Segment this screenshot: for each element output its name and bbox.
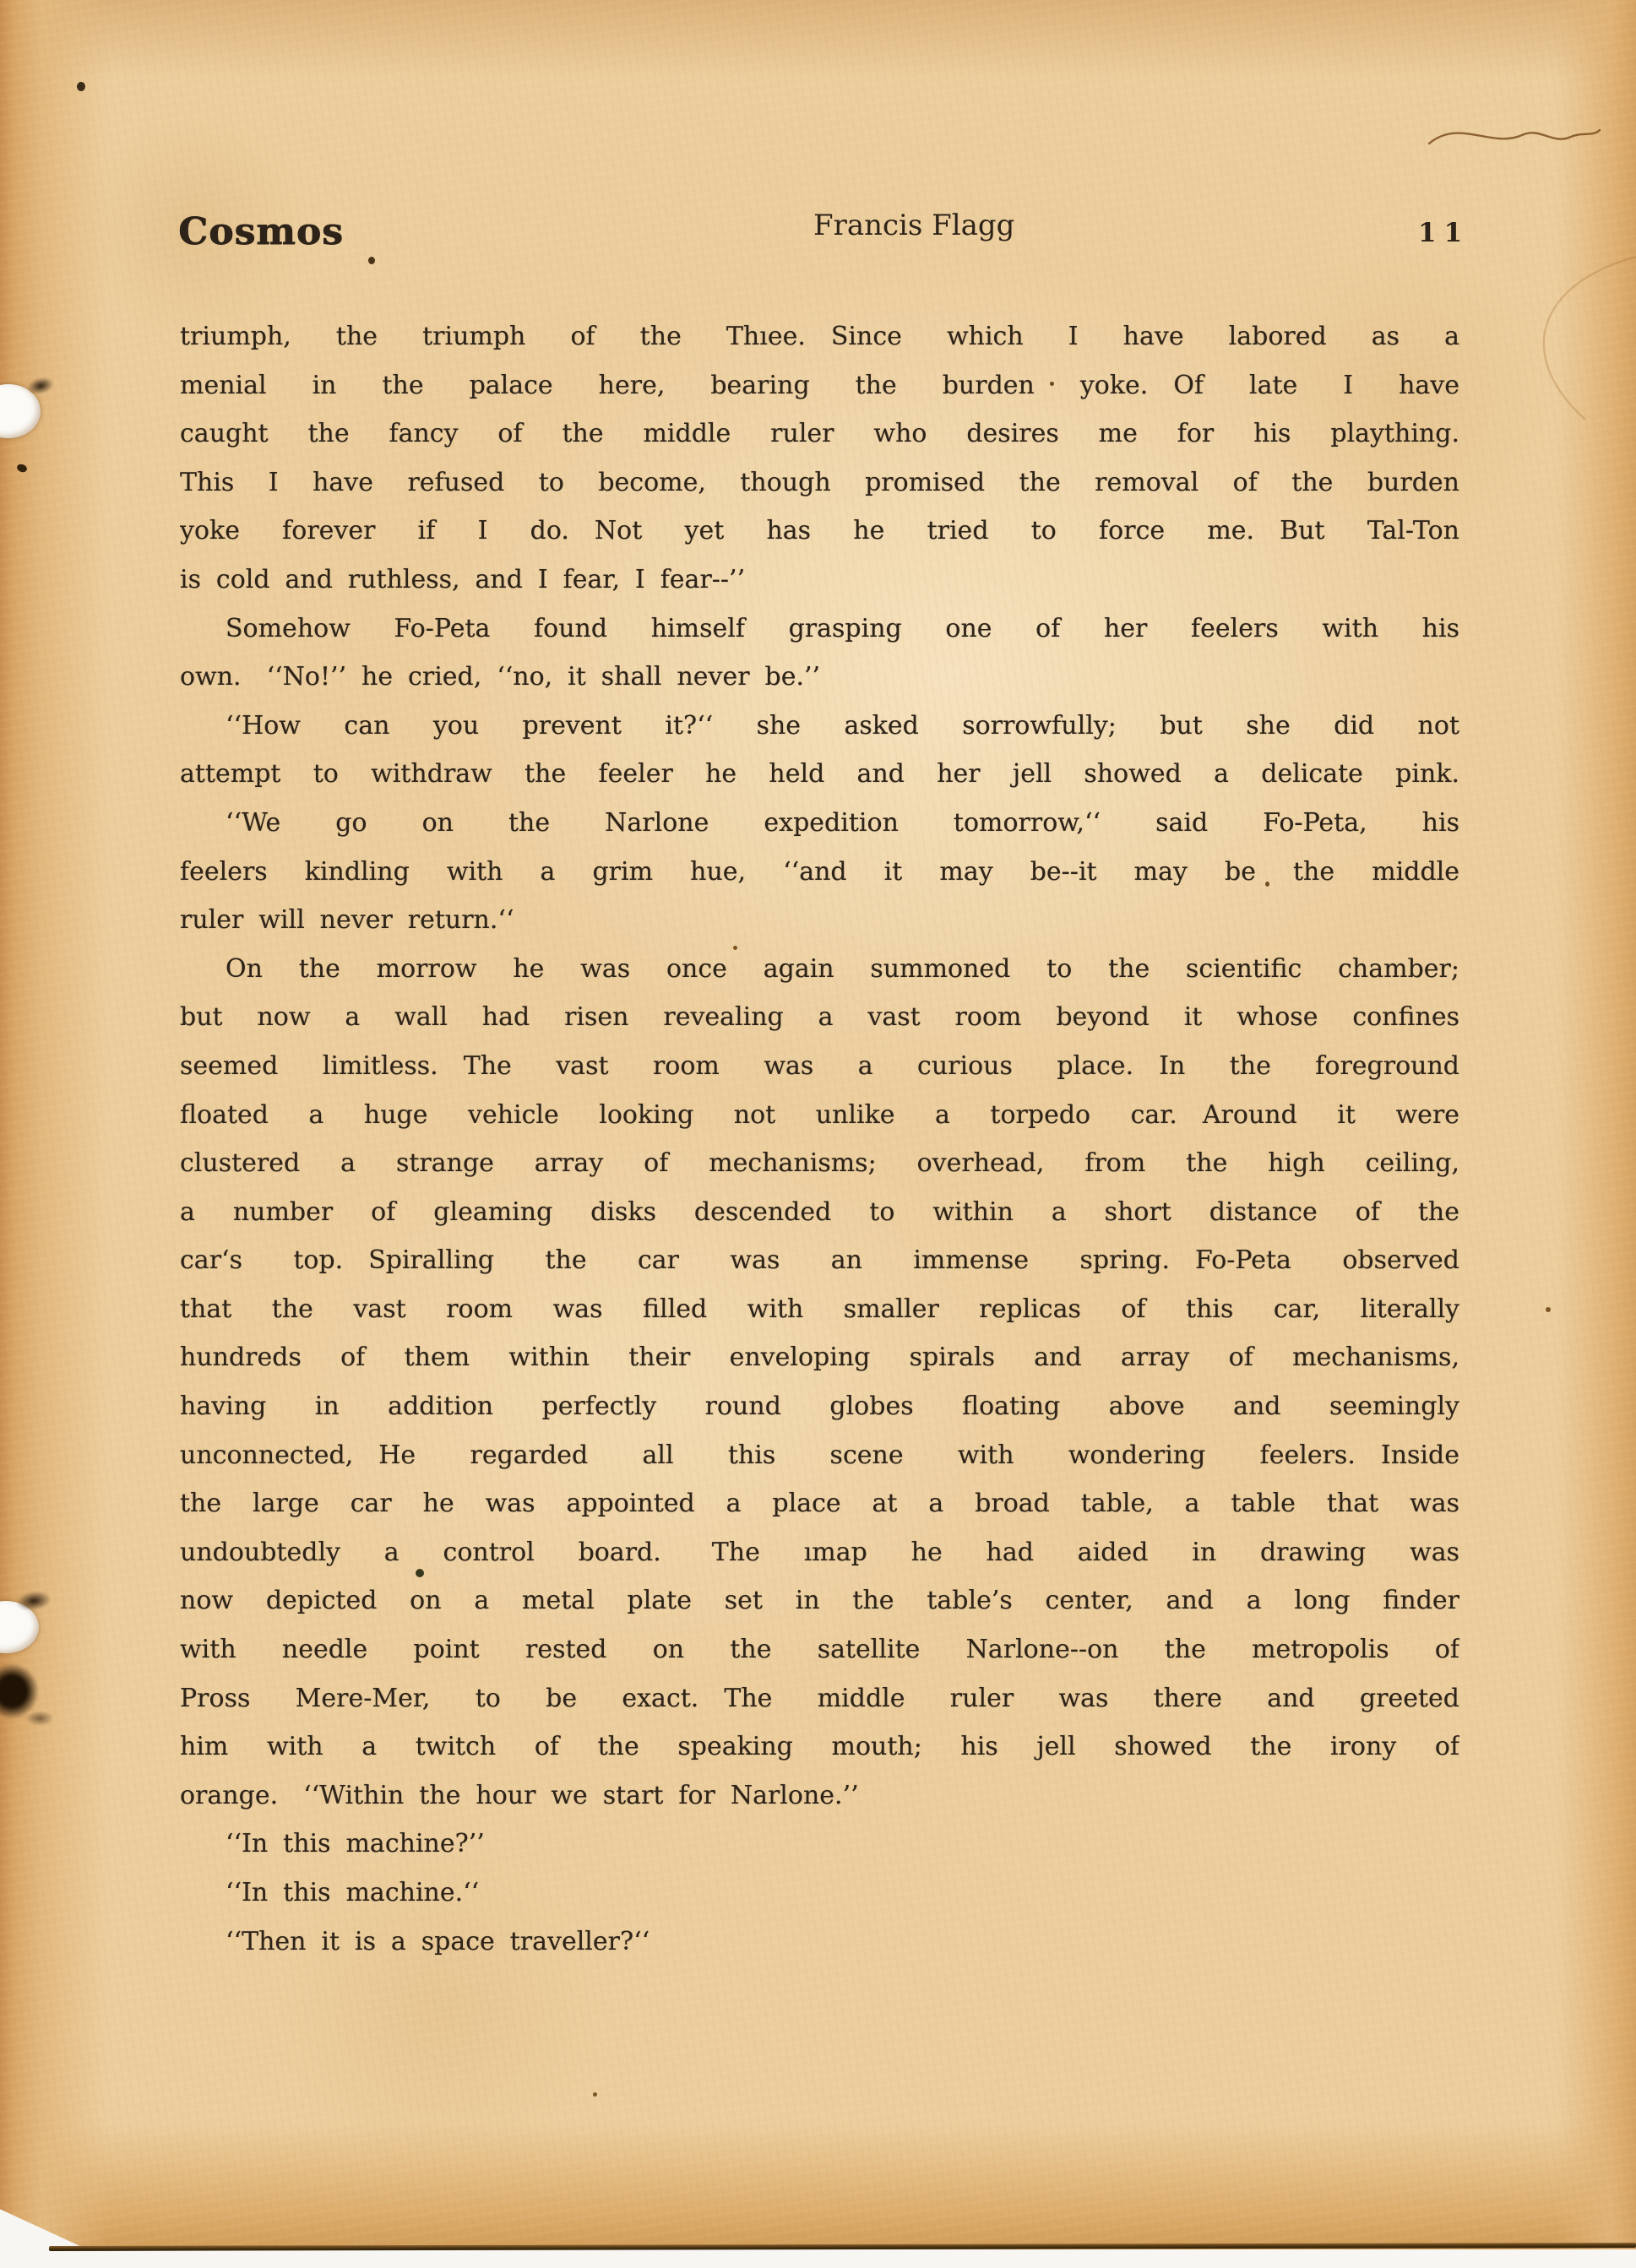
- paper-speck: [733, 946, 737, 950]
- paper-speck: [1265, 882, 1269, 887]
- page-number: 11: [1418, 218, 1470, 248]
- text-line: that the vast room was filled with small…: [180, 1285, 1459, 1334]
- text-line: On the morrow he was once again summoned…: [180, 945, 1459, 994]
- story-text: triumph, the triumph of the Thıee. Since…: [180, 312, 1459, 1966]
- text-line: ‘‘Then it is a space traveller?‘‘: [180, 1918, 1459, 1967]
- text-line: ruler will never return.‘‘: [180, 896, 1459, 945]
- paper-speck: [593, 2092, 597, 2097]
- text-line: him with a twitch of the speaking mouth;…: [180, 1723, 1459, 1772]
- text-line: having in addition perfectly round globe…: [180, 1382, 1459, 1431]
- text-line: This I have refused to become, though pr…: [180, 458, 1459, 507]
- text-line: but now a wall had risen revealing a vas…: [180, 993, 1459, 1042]
- paper: Cosmos Francis Flagg 11 triumph, the tri…: [0, 0, 1636, 2249]
- text-line: hundreds of them within their enveloping…: [180, 1333, 1459, 1382]
- paper-speck: [416, 1569, 424, 1577]
- text-line: ‘‘In this machine?’’: [180, 1820, 1459, 1869]
- paper-speck: [368, 257, 375, 264]
- paper-speck: [77, 82, 85, 91]
- text-line: clustered a strange array of mechanisms;…: [180, 1139, 1459, 1188]
- magazine-title: Cosmos: [178, 210, 344, 253]
- text-line: attempt to withdraw the feeler he held a…: [180, 750, 1459, 799]
- ink-blot-tail: [25, 1711, 54, 1726]
- text-line: menial in the palace here, bearing the b…: [180, 361, 1459, 410]
- text-line: undoubtedly a control board. The ımap he…: [180, 1528, 1459, 1577]
- text-line: the large car he was appointed a place a…: [180, 1479, 1459, 1528]
- text-line: triumph, the triumph of the Thıee. Since…: [180, 312, 1459, 361]
- text-line: own. ‘‘No!’’ he cried, ‘‘no, it shall ne…: [180, 653, 1459, 702]
- text-line: ‘‘We go on the Narlone expedition tomorr…: [180, 799, 1459, 848]
- text-line: Somehow Fo-Peta found himself grasping o…: [180, 605, 1459, 654]
- text-line: yoke forever if I do. Not yet has he tri…: [180, 507, 1459, 556]
- text-line: with needle point rested on the satellit…: [180, 1625, 1459, 1674]
- text-line: is cold and ruthless, and I fear, I fear…: [180, 556, 1459, 605]
- paper-speck: [16, 463, 28, 474]
- text-line: Pross Mere-Mer, to be exact. The middle …: [180, 1674, 1459, 1723]
- text-line: floated a huge vehicle looking not unlik…: [180, 1091, 1459, 1140]
- paper-speck: [1546, 1307, 1551, 1312]
- text-line: a number of gleaming disks descended to …: [180, 1188, 1459, 1237]
- text-line: unconnected, He regarded all this scene …: [180, 1431, 1459, 1480]
- text-line: caught the fancy of the middle ruler who…: [180, 410, 1459, 458]
- paper-fiber: [1426, 111, 1603, 162]
- paper-speck: [1050, 382, 1054, 386]
- text-line: orange. ‘‘Within the hour we start for N…: [180, 1772, 1459, 1820]
- text-line: seemed limitless. The vast room was a cu…: [180, 1042, 1459, 1091]
- paper-scratch: [1466, 250, 1636, 427]
- text-line: feelers kindling with a grim hue, ‘‘and …: [180, 848, 1459, 897]
- text-line: ‘‘How can you prevent it?‘‘ she asked so…: [180, 702, 1459, 751]
- running-head-author: Francis Flagg: [813, 209, 1014, 242]
- text-line: car‘s top. Spiralling the car was an imm…: [180, 1236, 1459, 1285]
- text-line: ‘‘In this machine.‘‘: [180, 1869, 1459, 1918]
- text-line: now depicted on a metal plate set in the…: [180, 1576, 1459, 1625]
- scanned-page: Cosmos Francis Flagg 11 triumph, the tri…: [0, 0, 1636, 2268]
